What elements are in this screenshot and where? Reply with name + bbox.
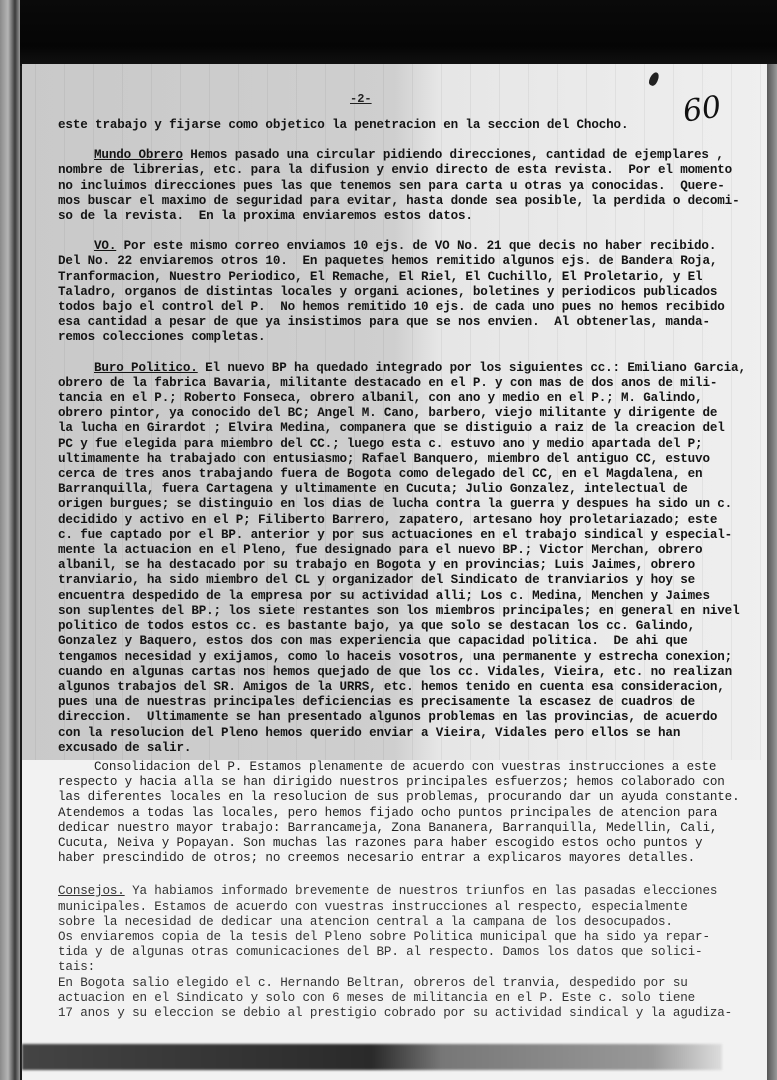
text-line: tida y de algunas otras comunicaciones d… [58,945,748,960]
text-line: Consejos. Ya habiamos informado brevemen… [58,884,748,899]
text-line: Os enviaremos copia de la tesis del Plen… [58,930,748,945]
text-line: tengamos necesidad y exijamos, como lo h… [58,650,748,665]
paragraph: Buro Politico. El nuevo BP ha quedado in… [58,361,748,756]
text-line: obrero de la fabrica Bavaria, militante … [58,376,748,391]
text-line: so de la revista. En la proxima enviarem… [58,209,748,224]
paragraph: Mundo Obrero Hemos pasado una circular p… [58,148,748,224]
text-line: Del No. 22 enviaremos otros 10. En paque… [58,254,748,269]
text-line: nombre de librerias, etc. para la difusi… [58,163,748,178]
text-line: este trabajo y fijarse como objetico la … [58,118,748,133]
section-heading: Mundo Obrero [94,148,183,162]
text-line: respecto y hacia alla se han dirigido nu… [58,775,748,790]
text-line: encuentra despedido de la empresa por su… [58,589,748,604]
section-heading: VO. [94,239,116,253]
text-line: pues una de nuestras principales deficie… [58,695,748,710]
text-line: esa cantidad a pesar de que ya insistimo… [58,315,748,330]
text-line: En Bogota salio elegido el c. Hernando B… [58,976,748,991]
text-line: la lucha en Girardot ; Elvira Medina, co… [58,421,748,436]
text-line: PC y fue elegida para miembro del CC.; l… [58,437,748,452]
text-line: Consolidacion del P. Estamos plenamente … [58,760,748,775]
text-line: Tranformacion, Nuestro Periodico, El Rem… [58,270,748,285]
scan-right-edge [767,64,777,1080]
text-line: mente la actuacion en el Pleno, fue desi… [58,543,748,558]
text-line: sobre la necesidad de dedicar una atenci… [58,915,748,930]
page-number: -2- [350,92,372,106]
text-line: cerca de tres anos trabajando fuera de B… [58,467,748,482]
text-line: haber prescindido de otros; no creemos n… [58,851,748,866]
text-line: c. fue captado por el BP. anterior y por… [58,528,748,543]
text-line: ultimamente ha trabajado con entusiasmo;… [58,452,748,467]
text-line: no incluimos direcciones pues las que te… [58,179,748,194]
scan-dark-border-bottom [22,1044,722,1070]
text-line: obrero pintor, ya conocido del BC; Angel… [58,406,748,421]
text-line: dedicar nuestro mayor trabajo: Barrancam… [58,821,748,836]
text-line: albanil, se ha destacado por su trabajo … [58,558,748,573]
text-line: Taladro, organos de distintas locales y … [58,285,748,300]
text-line: tais: [58,960,748,975]
scan-dark-border-top [0,0,777,66]
text-line: actuacion en el Sindicato y solo con 6 m… [58,991,748,1006]
text-line: las diferentes locales en la resolucion … [58,790,748,805]
text-line: 17 anos y su eleccion se debio al presti… [58,1006,748,1021]
text-line: algunos trabajos del SR. Amigos de la UR… [58,680,748,695]
paragraph: Consejos. Ya habiamos informado brevemen… [58,884,748,1021]
text-line: cuando en algunas cartas nos hemos queja… [58,665,748,680]
text-line: politico de todos estos cc. es bastante … [58,619,748,634]
text-line: tranviario, ha sido miembro del CL y org… [58,573,748,588]
text-line: Atendemos a todas las locales, pero hemo… [58,806,748,821]
text-line: Gonzalez y Baquero, estos dos con mas ex… [58,634,748,649]
text-line: origen burgues; se distinguio en los dia… [58,497,748,512]
text-line: excusado de salir. [58,741,748,756]
paragraph: VO. Por este mismo correo enviamos 10 ej… [58,239,748,345]
text-line: son suplentes del BP.; los siete restant… [58,604,748,619]
text-line: remos colecciones completas. [58,330,748,345]
text-line: mos buscar el maximo de seguridad para e… [58,194,748,209]
text-line: todos bajo el control del P. No hemos re… [58,300,748,315]
text-line: VO. Por este mismo correo enviamos 10 ej… [58,239,748,254]
document-body: este trabajo y fijarse como objetico la … [58,118,748,1036]
text-line: Mundo Obrero Hemos pasado una circular p… [58,148,748,163]
text-line: tancia en el P.; Roberto Fonseca, obrero… [58,391,748,406]
text-line: Cucuta, Neiva y Popayan. Son muchas las … [58,836,748,851]
text-line: con la resolucion del Pleno hemos querid… [58,726,748,741]
text-line: Buro Politico. El nuevo BP ha quedado in… [58,361,748,376]
text-line: direccion. Ultimamente se han presentado… [58,710,748,725]
text-line: municipales. Estamos de acuerdo con vues… [58,900,748,915]
section-heading: Buro Politico. [94,361,198,375]
scan-left-edge [0,0,20,1080]
text-line: Barranquilla, fuera Cartagena y ultimame… [58,482,748,497]
text-line: decidido y activo en el P; Filiberto Bar… [58,513,748,528]
paragraph: Consolidacion del P. Estamos plenamente … [58,760,748,866]
section-heading: Consejos. [58,884,125,898]
paragraph: este trabajo y fijarse como objetico la … [58,118,748,133]
